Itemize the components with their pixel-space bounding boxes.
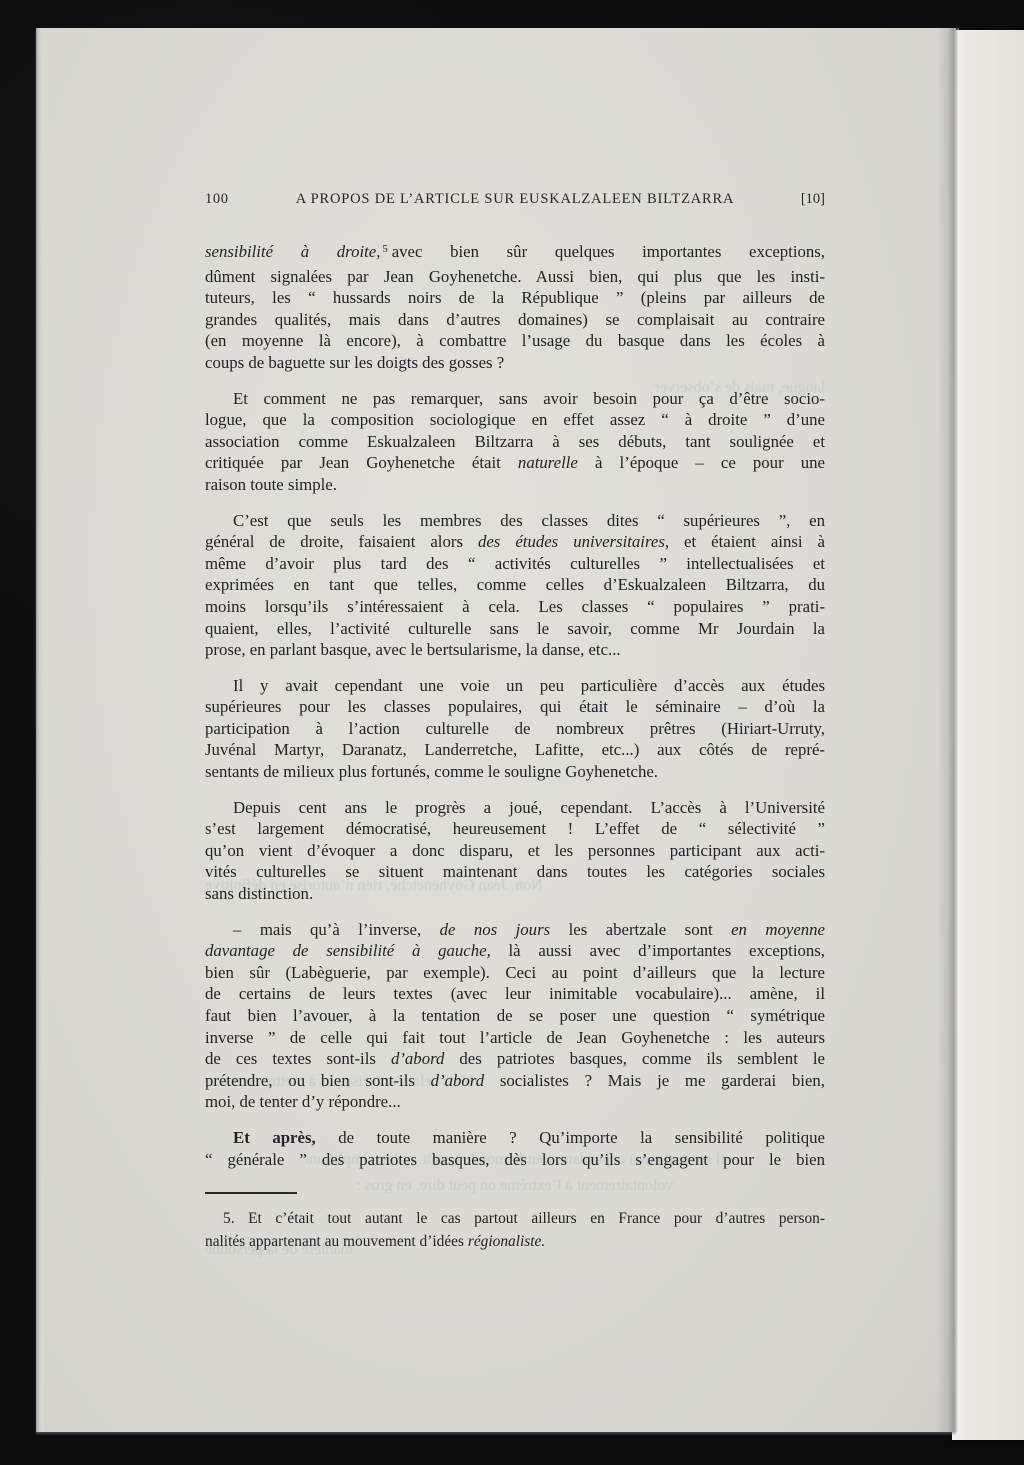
text-run: critiquée par Jean Goyhenetche était [205,453,518,472]
text-line: critiquée par Jean Goyhenetche était nat… [205,452,825,474]
running-title: A PROPOS DE L’ARTICLE SUR EUSKALZALEEN B… [205,191,825,208]
footnote: 5. Et c’était tout autant le cas partout… [205,1192,825,1253]
text-run: prose, en parlant basque, avec le bertsu… [205,640,621,659]
text-line: qu’on vient d’évoquer a donc disparu, et… [205,840,825,862]
text-line: de certains de leurs textes (avec leur i… [205,983,825,1005]
text-run: vités culturelles se situent maintenant … [205,862,825,881]
text-run: s’est largement démocratisé, heureusemen… [205,819,825,838]
text-line: prose, en parlant basque, avec le bertsu… [205,639,825,661]
italic-text: de nos jours [440,920,551,939]
text-line: quaient, elles, l’activité culturelle sa… [205,618,825,640]
body-text: sensibilité à droite,5avec bien sûr quel… [205,241,825,1170]
paragraph: Et comment ne pas remarquer, sans avoir … [205,388,825,496]
paragraph: Depuis cent ans le progrès a joué, cepen… [205,797,825,905]
text-line: grandes qualités, mais dans d’autres dom… [205,309,825,331]
text-run: coups de baguette sur les doigts des gos… [205,353,504,372]
book-page: langue, mais de s’observerNon, Jean Goyh… [36,28,956,1432]
text-run: Depuis cent ans le progrès a joué, cepen… [233,798,825,817]
italic-text: d’abord [431,1071,484,1090]
text-run: Il y avait cependant une voie un peu par… [233,676,825,695]
text-line: Et après, de toute manière ? Qu’importe … [205,1127,825,1149]
text-run: association comme Eskualzaleen Biltzarra… [205,432,825,451]
italic-text: d’abord [391,1049,444,1068]
text-line: association comme Eskualzaleen Biltzarra… [205,431,825,453]
text-line: sans distinction. [205,883,825,905]
text-run: faut bien l’avouer, à la tentation de se… [205,1006,825,1025]
text-line: supérieures pour les classes populaires,… [205,696,825,718]
text-run: et étaient ainsi à [669,532,825,551]
paragraph: sensibilité à droite,5avec bien sûr quel… [205,241,825,374]
text-run: Et comment ne pas remarquer, sans avoir … [233,389,825,408]
text-line: – mais qu’à l’inverse, de nos jours les … [205,919,825,941]
text-line: moi, de tenter d’y répondre... [205,1091,825,1113]
text-run: (en moyenne là encore), à combattre l’us… [205,331,825,350]
text-line: 5. Et c’était tout autant le cas partout… [205,1207,825,1230]
italic-text: en moyenne [731,920,825,939]
footnote-reference: 5 [382,244,387,255]
text-run: nalités appartenant au mouvement d’idées [205,1233,468,1250]
text-line: sentants de milieux plus fortunés, comme… [205,761,825,783]
text-run: raison toute simple. [205,475,337,494]
paragraph: C’est que seuls les membres des classes … [205,510,825,661]
text-run: quaient, elles, l’activité culturelle sa… [205,619,825,638]
text-run: tuteurs, les “ hussards noirs de la Répu… [205,288,825,307]
text-run: “ générale ” des patriotes basques, dès … [205,1150,825,1169]
text-run: participation à l’action culturelle de n… [205,719,825,738]
text-line: Et comment ne pas remarquer, sans avoir … [205,388,825,410]
paragraph: Et après, de toute manière ? Qu’importe … [205,1127,825,1170]
text-line: tuteurs, les “ hussards noirs de la Répu… [205,287,825,309]
text-run: même d’avoir plus tard des “ activités c… [205,554,825,573]
text-run: Juvénal Martyr, Daranatz, Landerretche, … [205,740,825,759]
text-run: C’est que seuls les membres des classes … [233,511,825,530]
text-run: logue, que la composition sociologique e… [205,410,825,429]
text-run: sans distinction. [205,884,313,903]
text-run: socialistes ? Mais je me garderai bien, [484,1071,825,1090]
italic-text: sensibilité à droite, [205,242,380,261]
text-run: 5. Et c’était tout autant le cas partout… [223,1210,825,1227]
footnote-text: 5. Et c’était tout autant le cas partout… [205,1207,825,1253]
text-line: logue, que la composition sociologique e… [205,409,825,431]
italic-text: des études universitaires, [478,532,669,551]
text-line: exprimées en tant que telles, comme cell… [205,574,825,596]
text-line: général de droite, faisaient alors des é… [205,531,825,553]
text-run: les abertzale sont [550,920,731,939]
text-line: coups de baguette sur les doigts des gos… [205,352,825,374]
text-line: prétendre, ou bien sont-ils d’abord soci… [205,1070,825,1092]
adjacent-page-edge [952,30,1024,1440]
text-run: de ces textes sont-ils [205,1049,391,1068]
text-line: bien sûr (Labèguerie, par exemple). Ceci… [205,962,825,984]
text-line: s’est largement démocratisé, heureusemen… [205,818,825,840]
text-run: sentants de milieux plus fortunés, comme… [205,762,658,781]
text-run: dûment signalées par Jean Goyhenetche. A… [205,267,825,286]
text-run: avec bien sûr quelques importantes excep… [392,242,825,261]
text-run: – mais qu’à l’inverse, [233,920,440,939]
footnote-rule [205,1192,297,1194]
margin-reference: [10] [801,191,825,208]
text-run: prétendre, ou bien sont-ils [205,1071,431,1090]
italic-text: naturelle [518,453,578,472]
text-run: de toute manière ? Qu’importe la sensibi… [316,1128,825,1147]
running-header: 100 A PROPOS DE L’ARTICLE SUR EUSKALZALE… [205,191,825,213]
text-line: raison toute simple. [205,474,825,496]
paragraph: Il y avait cependant une voie un peu par… [205,675,825,783]
text-line: de ces textes sont-ils d’abord des patri… [205,1048,825,1070]
text-line: dûment signalées par Jean Goyhenetche. A… [205,266,825,288]
text-line: participation à l’action culturelle de n… [205,718,825,740]
text-line: sensibilité à droite,5avec bien sûr quel… [205,241,825,266]
text-run: général de droite, faisaient alors [205,532,478,551]
text-run: grandes qualités, mais dans d’autres dom… [205,310,825,329]
text-line: Il y avait cependant une voie un peu par… [205,675,825,697]
paragraph: – mais qu’à l’inverse, de nos jours les … [205,919,825,1113]
text-run: inverse ” de celle qui fait tout l’artic… [205,1028,825,1047]
italic-text: davantage de sensibilité à gauche, [205,941,491,960]
scanned-book-photo: langue, mais de s’observerNon, Jean Goyh… [0,0,1024,1465]
italic-text: régionaliste. [468,1233,545,1250]
text-line: davantage de sensibilité à gauche, là au… [205,940,825,962]
text-line: nalités appartenant au mouvement d’idées… [205,1230,825,1253]
text-line: (en moyenne là encore), à combattre l’us… [205,330,825,352]
text-run: des patriotes basques, comme ils semblen… [444,1049,825,1068]
text-line: “ générale ” des patriotes basques, dès … [205,1149,825,1171]
text-line: inverse ” de celle qui fait tout l’artic… [205,1027,825,1049]
text-run: moi, de tenter d’y répondre... [205,1092,401,1111]
text-run: qu’on vient d’évoquer a donc disparu, et… [205,841,825,860]
text-line: Depuis cent ans le progrès a joué, cepen… [205,797,825,819]
bold-text: Et après, [233,1128,316,1147]
text-line: moins lorsqu’ils s’intéressaient à cela.… [205,596,825,618]
text-line: même d’avoir plus tard des “ activités c… [205,553,825,575]
page-fold-shadow [937,28,959,1432]
page-left-edge [36,28,45,1432]
text-run: à l’époque – ce pour une [578,453,825,472]
text-line: C’est que seuls les membres des classes … [205,510,825,532]
text-run: bien sûr (Labèguerie, par exemple). Ceci… [205,963,825,982]
text-run: de certains de leurs textes (avec leur i… [205,984,825,1003]
text-run: supérieures pour les classes populaires,… [205,697,825,716]
text-run: là aussi avec d’importantes exceptions, [491,941,825,960]
text-line: vités culturelles se situent maintenant … [205,861,825,883]
text-run: moins lorsqu’ils s’intéressaient à cela.… [205,597,825,616]
text-line: faut bien l’avouer, à la tentation de se… [205,1005,825,1027]
text-line: Juvénal Martyr, Daranatz, Landerretche, … [205,739,825,761]
text-run: exprimées en tant que telles, comme cell… [205,575,825,594]
